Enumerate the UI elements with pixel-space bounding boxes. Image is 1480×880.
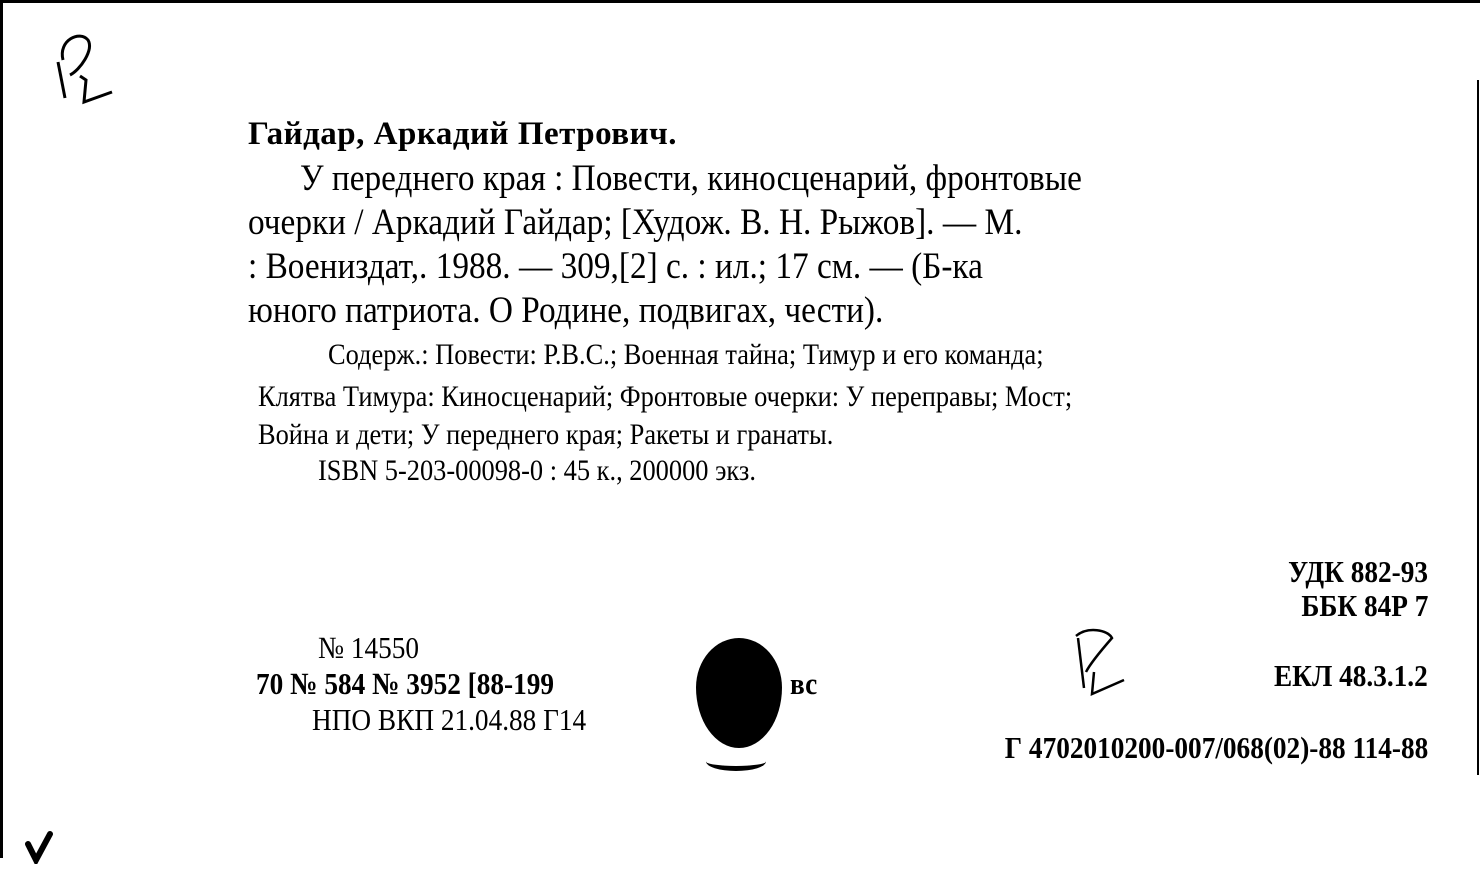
contents-line: Война и дети; У переднего края; Ракеты и… <box>258 420 833 450</box>
udk-code: УДК 882-93 <box>1288 556 1428 587</box>
isbn-price-line: ISBN 5-203-00098-0 : 45 к., 200000 экз. <box>318 456 756 486</box>
handwritten-initials-icon <box>1068 624 1158 704</box>
ink-blot-tail <box>706 752 766 771</box>
checkmark-icon <box>24 830 54 864</box>
bbk-code: ББК 84Р 7 <box>1301 590 1428 621</box>
contents-line: Клятва Тимура: Киносценарий; Фронтовые о… <box>258 382 1072 412</box>
description-line: юного патриота. О Родине, подвигах, чест… <box>248 292 883 329</box>
description-line: : Воениздат,. 1988. — 309,[2] с. : ил.; … <box>248 248 983 285</box>
imprint-line: 70 № 584 № 3952 [88-199 <box>256 668 554 699</box>
imprint-line: НПО ВКП 21.04.88 Г14 <box>312 704 586 735</box>
ekl-code: ЕКЛ 48.3.1.2 <box>1274 660 1428 691</box>
description-line: У переднего края : Повести, киносценарий… <box>300 160 1082 197</box>
author-heading: Гайдар, Аркадий Петрович. <box>248 118 677 151</box>
card-border-top <box>0 0 1480 3</box>
handwritten-initials-icon <box>50 20 120 110</box>
card-border-left <box>0 0 3 858</box>
imprint-number: № 14550 <box>318 632 419 663</box>
imprint-line-tail: вс <box>790 668 817 699</box>
contents-line: Содерж.: Повести: Р.В.С.; Военная тайна;… <box>328 340 1044 370</box>
ink-blot <box>696 638 782 748</box>
description-line: очерки / Аркадий Гайдар; [Худож. В. Н. Р… <box>248 204 1022 241</box>
publication-code: Г 4702010200-007/068(02)-88 114-88 <box>1005 732 1429 763</box>
card-border-right <box>1477 80 1479 775</box>
